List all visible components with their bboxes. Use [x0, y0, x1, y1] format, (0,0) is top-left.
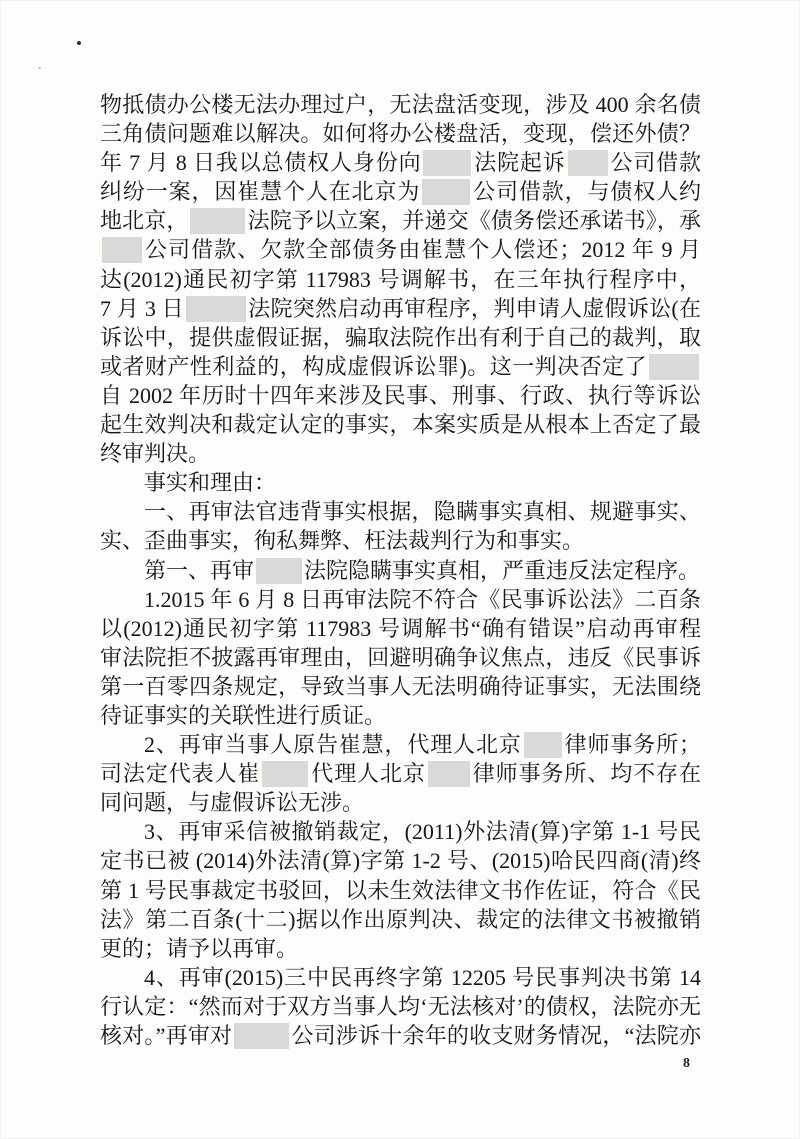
text-run: 核对。”再审对: [100, 1023, 232, 1048]
text-run: 纠纷一案，因崔慧个人在北京为: [100, 179, 420, 204]
text-run: 物抵债办公楼无法办理过户，无法盘活变现，涉及 400 余名债权人的: [100, 92, 701, 119]
text-run: 终审判决。: [100, 441, 210, 466]
redaction-box: [262, 761, 308, 787]
text-run: 法院起诉: [473, 150, 565, 175]
text-line: 起生效判决和裁定认定的事实，本案实质是从根本上否定了最高法院: [100, 410, 701, 439]
text-run: 法院隐瞒事实真相，严重违反法定程序。: [304, 558, 700, 583]
text-line: 行认定：“然而对于双方当事人均‘无法核对’的债权，法院亦无从: [100, 992, 701, 1021]
text-run: 7 月 3 日: [100, 296, 184, 321]
scan-speck-icon: [38, 67, 41, 69]
text-line: 事实和理由：: [100, 468, 701, 497]
text-run: 3、再审采信被撤销裁定，(2011)外法清(算)字第 1-1 号民事裁: [144, 819, 701, 846]
text-run: 行认定：“然而对于双方当事人均‘无法核对’的债权，法院亦无从: [100, 994, 701, 1021]
text-line: 2、再审当事人原告崔慧，代理人北京律师事务所；被告公: [100, 730, 701, 759]
text-line: 4、再审(2015)三中民再终字第 12205 号民事判决书第 14 页第 5: [100, 963, 701, 992]
text-line: 地北京，法院予以立案，并递交《债务偿还承诺书》，承诺: [100, 206, 701, 235]
text-line: 或者财产性利益的，构成虚假诉讼罪)。这一判决否定了公司: [100, 352, 701, 381]
text-line: 定书已被 (2014)外法清(算)字第 1-2 号、(2015)哈民四商(清)终…: [100, 846, 701, 875]
document-body: 物抵债办公楼无法办理过户，无法盘活变现，涉及 400 余名债权人的三角债问题难以…: [100, 90, 701, 1050]
text-run: 年 7 月 8 日我以总债权人身份向: [100, 150, 421, 175]
text-line: 公司借款、欠款全部债务由崔慧个人偿还；2012 年 9 月 19 日下: [100, 235, 701, 264]
text-line: 年 7 月 8 日我以总债权人身份向法院起诉公司借款合同: [100, 148, 701, 177]
text-run: 同问题，与虚假诉讼无涉。: [100, 790, 364, 815]
text-line: 终审判决。: [100, 439, 701, 468]
text-line: 三角债问题难以解决。如何将办公楼盘活，变现，偿还外债？2012: [100, 119, 701, 148]
text-run: 法》第二百条(十二)据以作出原判决、裁定的法律文书被撤销或者变: [100, 907, 701, 934]
text-line: 3、再审采信被撤销裁定，(2011)外法清(算)字第 1-1 号民事裁: [100, 817, 701, 846]
text-run: 第 1 号民事裁定书驳回，以未生效法律文书作佐证，符合《民事诉讼: [100, 878, 701, 905]
text-run: 以(2012)通民初字第 117983 号调解书“确有错误”启动再审程序，再: [100, 616, 701, 643]
text-line: 第一百零四条规定，导致当事人无法明确待证事实，无法围绕证据与: [100, 672, 701, 701]
text-run: 待证事实的关联性进行质证。: [100, 703, 386, 728]
redaction-box: [524, 732, 562, 758]
text-line: 司法定代表人崔代理人北京律师事务所、均不存在人格混: [100, 759, 701, 788]
text-run: 实、歪曲事实，徇私舞弊、枉法裁判行为和事实。: [100, 528, 584, 553]
text-line: 1.2015 年 6 月 8 日再审法院不符合《民事诉讼法》二百条情形，: [100, 585, 701, 614]
text-line: 法》第二百条(十二)据以作出原判决、裁定的法律文书被撤销或者变: [100, 905, 701, 934]
text-line: 更的；请予以再审。: [100, 934, 701, 963]
text-line: 同问题，与虚假诉讼无涉。: [100, 788, 701, 817]
text-line: 第 1 号民事裁定书驳回，以未生效法律文书作佐证，符合《民事诉讼: [100, 876, 701, 905]
text-line: 以(2012)通民初字第 117983 号调解书“确有错误”启动再审程序，再: [100, 614, 701, 643]
redaction-box: [422, 179, 470, 205]
redaction-box: [568, 150, 608, 176]
text-run: 自 2002 年历时十四年来涉及民事、刑事、行政、执行等诉讼 400 余: [100, 383, 701, 410]
text-line: 第一、再审法院隐瞒事实真相，严重违反法定程序。: [100, 556, 701, 585]
redaction-box: [423, 150, 471, 176]
text-line: 纠纷一案，因崔慧个人在北京为公司借款，与债权人约定管辖: [100, 177, 701, 206]
redaction-box: [102, 237, 142, 263]
scan-speck-icon: [77, 41, 81, 45]
text-line: 待证事实的关联性进行质证。: [100, 701, 701, 730]
redaction-box: [256, 558, 302, 584]
text-run: 一、再审法官违背事实根据，隐瞒事实真相、规避事实、篡改事: [144, 499, 701, 526]
text-line: 实、歪曲事实，徇私舞弊、枉法裁判行为和事实。: [100, 526, 701, 555]
text-line: 自 2002 年历时十四年来涉及民事、刑事、行政、执行等诉讼 400 余: [100, 381, 701, 410]
text-run: 公司借款、欠款全部债务由崔慧个人偿还；2012 年 9 月 19 日下: [100, 237, 701, 264]
text-line: 7 月 3 日法院突然启动再审程序，判申请人虚假诉讼(在民事: [100, 294, 701, 323]
redaction-box: [186, 296, 246, 322]
text-run: 达(2012)通民初字第 117983 号调解书，在三年执行程序中，2015 年: [100, 267, 701, 294]
redaction-box: [649, 354, 699, 380]
text-run: 或者财产性利益的，构成虚假诉讼罪)。这一判决否定了: [100, 354, 647, 379]
scanned-page: 物抵债办公楼无法办理过户，无法盘活变现，涉及 400 余名债权人的三角债问题难以…: [0, 0, 800, 1139]
text-run: 2、再审当事人原告崔慧，代理人北京: [144, 732, 522, 757]
text-run: 司法定代表人崔: [100, 761, 260, 786]
text-line: 达(2012)通民初字第 117983 号调解书，在三年执行程序中，2015 年: [100, 265, 701, 294]
text-run: 4、再审(2015)三中民再终字第 12205 号民事判决书第 14 页第 5: [144, 965, 701, 992]
text-run: 1.2015 年 6 月 8 日再审法院不符合《民事诉讼法》二百条情形，: [144, 587, 701, 614]
text-run: 地北京，: [100, 208, 188, 233]
text-run: 第一百零四条规定，导致当事人无法明确待证事实，无法围绕证据与: [100, 674, 701, 701]
text-run: 诉讼中，提供虚假证据，骗取法院作出有利于自己的裁判，取得财产: [100, 325, 701, 352]
text-run: 起生效判决和裁定认定的事实，本案实质是从根本上否定了最高法院: [100, 412, 701, 439]
text-run: 更的；请予以再审。: [100, 936, 298, 961]
redaction-box: [190, 208, 245, 234]
redaction-box: [234, 1023, 289, 1049]
text-run: 审法院拒不披露再审理由，回避明确争议焦点，违反《民事诉讼法》: [100, 645, 701, 672]
text-line: 诉讼中，提供虚假证据，骗取法院作出有利于自己的裁判，取得财产: [100, 323, 701, 352]
page-number: 8: [683, 1056, 690, 1072]
text-run: 三角债问题难以解决。如何将办公楼盘活，变现，偿还外债？2012: [100, 121, 701, 148]
text-run: 第一、再审: [144, 558, 254, 583]
text-run: 定书已被 (2014)外法清(算)字第 1-2 号、(2015)哈民四商(清)终…: [100, 848, 701, 875]
text-line: 物抵债办公楼无法办理过户，无法盘活变现，涉及 400 余名债权人的: [100, 90, 701, 119]
text-line: 审法院拒不披露再审理由，回避明确争议焦点，违反《民事诉讼法》: [100, 643, 701, 672]
redaction-box: [428, 761, 470, 787]
text-line: 核对。”再审对公司涉诉十余年的收支财务情况，“法院亦无从: [100, 1021, 701, 1050]
text-line: 一、再审法官违背事实根据，隐瞒事实真相、规避事实、篡改事: [100, 497, 701, 526]
text-run: 代理人北京: [310, 761, 425, 786]
text-run: 事实和理由：: [144, 470, 276, 495]
